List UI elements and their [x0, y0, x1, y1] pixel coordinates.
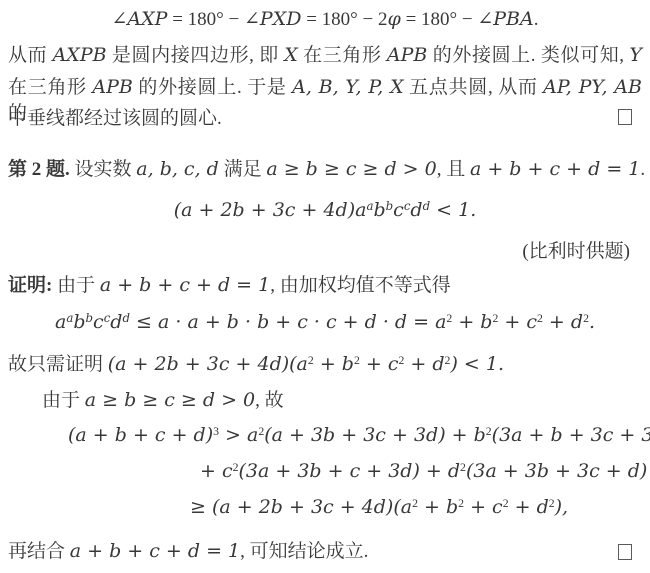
expansion-line-2: + c2(3a + 3b + c + 3d) + d2(3a + 3b + 3c… [200, 458, 647, 485]
display-formula-weighted-mean: aabbccdd ≤ a · a + b · b + c · c + d · d… [8, 309, 642, 336]
display-formula-target: (a + 2b + 3c + 4d)aabbccdd < 1. [8, 197, 642, 224]
paragraph-line-1: 从而 AXPB 是圆内接四边形, 即 X 在三角形 APB 的外接圆上. 类似可… [8, 42, 642, 69]
expansion-line-1: (a + b + c + d)3 > a2(a + 3b + 3c + 3d) … [68, 422, 650, 449]
source-credit: (比利时供题) [8, 239, 642, 265]
since-line: 由于 a ≥ b ≥ c ≥ d > 0, 故 [42, 387, 284, 414]
math-document: ∠AXP = 180° − ∠PXD = 180° − 2φ = 180° − … [0, 0, 650, 573]
expansion-line-3: ≥ (a + 2b + 3c + 4d)(a2 + b2 + c2 + d2), [190, 494, 568, 521]
paragraph-line-3: 中垂线都经过该圆的圆心. [8, 106, 642, 132]
qed-box [618, 544, 632, 560]
problem-statement: 第 2 题. 设实数 a, b, c, d 满足 a ≥ b ≥ c ≥ d >… [8, 156, 642, 183]
display-formula-angle: ∠AXP = 180° − ∠PXD = 180° − 2φ = 180° − … [8, 6, 642, 33]
qed-box [618, 109, 632, 125]
reduction-line: 故只需证明 (a + 2b + 3c + 4d)(a2 + b2 + c2 + … [8, 351, 642, 378]
proof-intro-line: 证明: 由于 a + b + c + d = 1, 由加权均值不等式得 [8, 272, 642, 299]
conclusion-line: 再结合 a + b + c + d = 1, 可知结论成立. [8, 538, 642, 565]
